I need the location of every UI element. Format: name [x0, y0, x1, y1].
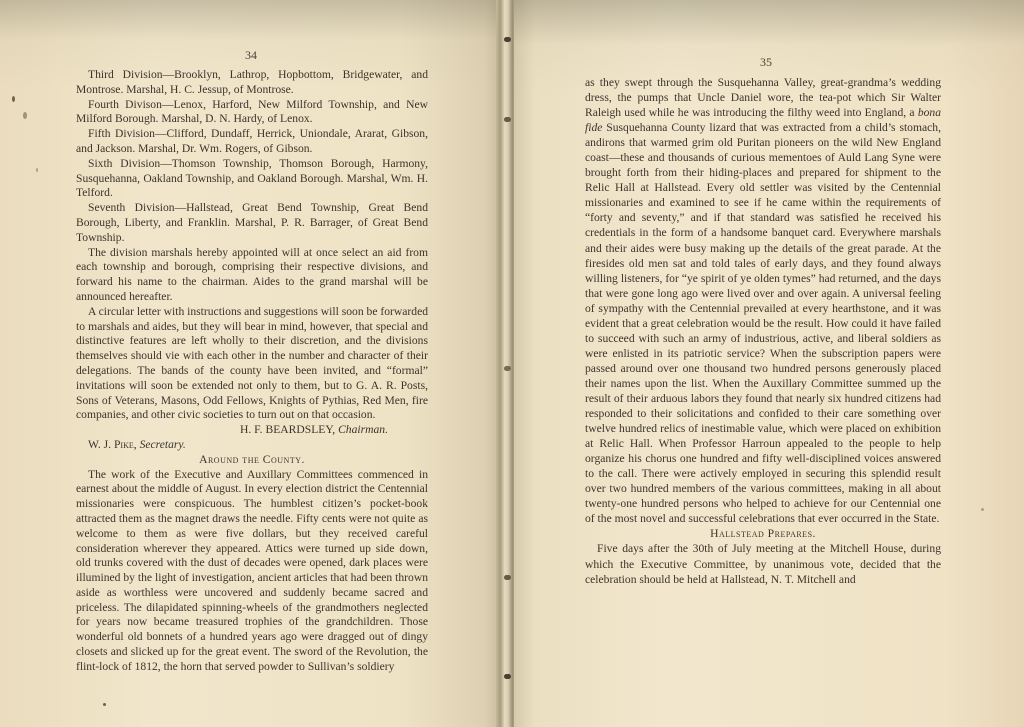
paragraph-seventh-division: Seventh Division—Hallstead, Great Bend T… [76, 201, 428, 245]
page-number-right: 35 [760, 55, 772, 70]
paper-speck [23, 112, 27, 119]
paragraph-around-the-county: The work of the Executive and Auxillary … [76, 468, 428, 675]
paragraph-third-division: Third Division—Brooklyn, Lathrop, Hopbot… [76, 68, 428, 98]
paragraph-sixth-division: Sixth Division—Thomson Township, Thomson… [76, 157, 428, 201]
binding-stitch [504, 575, 511, 580]
paragraph-hallstead-prepares: Five days after the 30th of July meeting… [585, 541, 941, 586]
paragraph-fifth-division: Fifth Division—Clifford, Dundaff, Herric… [76, 127, 428, 157]
signature-secretary: W. J. Pike, Secretary. [76, 438, 428, 453]
book-spread: 34 Third Division—Brooklyn, Lathrop, Hop… [0, 0, 1024, 727]
section-heading-around-the-county: Around the County. [76, 453, 428, 468]
binding-stitch [504, 366, 511, 371]
left-page-text: Third Division—Brooklyn, Lathrop, Hopbot… [76, 68, 428, 675]
paragraph-relics-part-1: as they swept through the Susquehanna Va… [585, 76, 941, 119]
secretary-name: W. J. Pike, [88, 438, 137, 451]
binding-stitch [504, 117, 511, 122]
paper-speck [981, 508, 984, 511]
paragraph-fourth-division: Fourth Divison—Lenox, Harford, New Milfo… [76, 98, 428, 128]
paragraph-division-marshals: The division marshals hereby appointed w… [76, 246, 428, 305]
section-heading-hallstead-prepares: Hallstead Prepares. [585, 526, 941, 541]
paragraph-relics: as they swept through the Susquehanna Va… [585, 75, 941, 526]
binding-stitch [504, 674, 511, 679]
paragraph-relics-part-2: Susquehanna County lizard that was extra… [585, 121, 941, 525]
binding-stitch [504, 37, 511, 42]
signature-chairman: H. F. BEARDSLEY, Chairman. [76, 423, 428, 438]
paper-speck [36, 168, 38, 172]
secretary-title: Secretary. [140, 438, 186, 451]
paragraph-circular-letter: A circular letter with instructions and … [76, 305, 428, 423]
page-number-left: 34 [245, 48, 257, 63]
left-page: 34 Third Division—Brooklyn, Lathrop, Hop… [0, 0, 500, 727]
chairman-title: Chairman. [338, 423, 388, 436]
chairman-name: H. F. BEARDSLEY, [240, 423, 335, 436]
right-page: 35 as they swept through the Susquehanna… [514, 0, 1024, 727]
right-page-text: as they swept through the Susquehanna Va… [585, 75, 941, 587]
paper-speck [103, 703, 106, 706]
paper-speck [12, 96, 15, 102]
